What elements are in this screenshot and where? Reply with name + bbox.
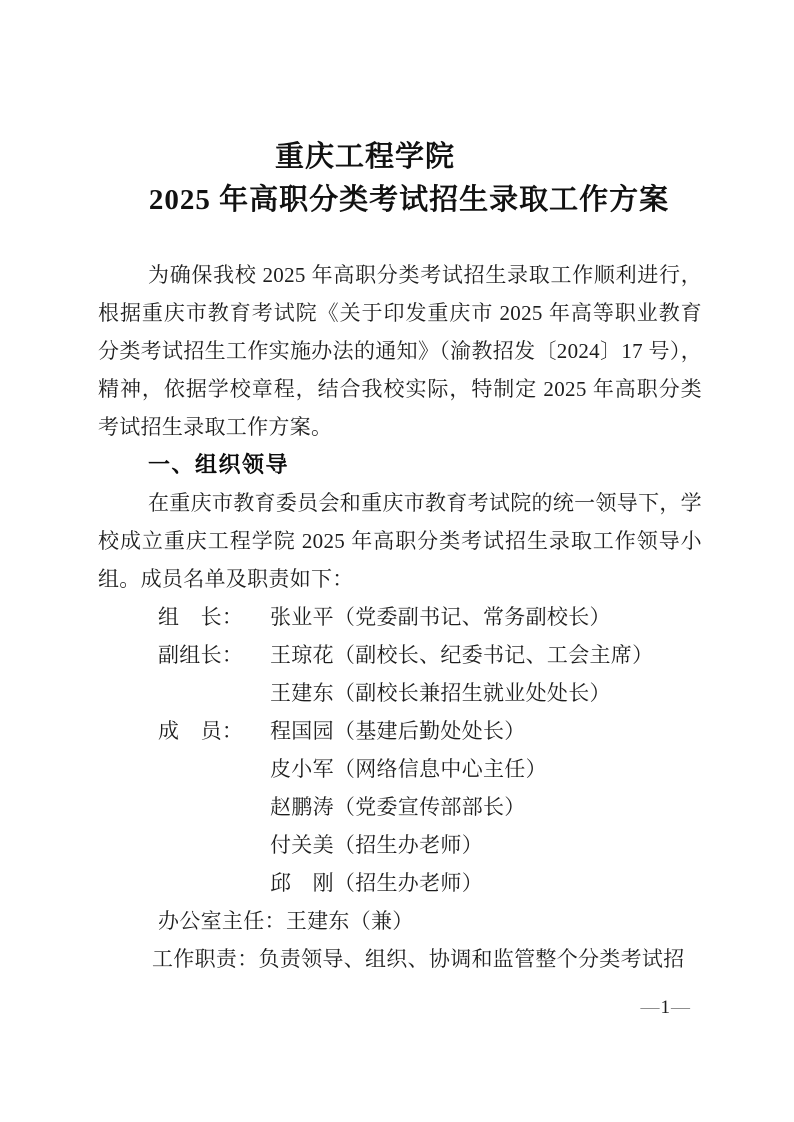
roster-row-deputy-leaders: 副组长： 王琼花（副校长、纪委书记、工会主席） 王建东（副校长兼招生就业处处长） (158, 636, 702, 712)
document-title: 重庆工程学院 2025 年高职分类考试招生录取工作方案 (0, 0, 794, 222)
roster-row-office-director: 办公室主任： 王建东（兼） (158, 902, 702, 940)
document-page: 重庆工程学院 2025 年高职分类考试招生录取工作方案 为确保我校 2025 年… (0, 0, 794, 1122)
roster-member: 王建东（副校长兼招生就业处处长） (270, 674, 702, 712)
roster-role-label: 副组长： (158, 636, 270, 712)
roster-member: 王建东（兼） (286, 902, 702, 940)
roster-member: 赵鹏涛（党委宣传部部长） (270, 788, 702, 826)
page-number-dash-left: — (641, 997, 660, 1018)
roster-members: 王琼花（副校长、纪委书记、工会主席） 王建东（副校长兼招生就业处处长） (270, 636, 702, 712)
roster-role-label: 组 长： (158, 598, 270, 636)
duty-paragraph: 工作职责：负责领导、组织、协调和监管整个分类考试招 (152, 940, 702, 978)
roster-member: 王琼花（副校长、纪委书记、工会主席） (270, 636, 702, 674)
roster-row-group-leader: 组 长： 张业平（党委副书记、常务副校长） (158, 598, 702, 636)
roster-members: 张业平（党委副书记、常务副校长） (270, 598, 702, 636)
roster-role-label: 成 员： (158, 712, 270, 902)
page-number: 1 (660, 997, 672, 1018)
section-heading-organization-leadership: 一、组织领导 (148, 446, 702, 484)
intro-paragraph: 为确保我校 2025 年高职分类考试招生录取工作顺利进行，根据重庆市教育考试院《… (98, 256, 702, 446)
title-line-2: 2025 年高职分类考试招生录取工作方案 (12, 179, 794, 222)
roster-member: 张业平（党委副书记、常务副校长） (270, 598, 702, 636)
roster-members: 程国园（基建后勤处处长） 皮小军（网络信息中心主任） 赵鹏涛（党委宣传部部长） … (270, 712, 702, 902)
roster-members: 王建东（兼） (286, 902, 702, 940)
section-lead-paragraph: 在重庆市教育委员会和重庆市教育考试院的统一领导下，学校成立重庆工程学院 2025… (98, 484, 702, 598)
roster-member: 程国园（基建后勤处处长） (270, 712, 702, 750)
roster-member: 付关美（招生办老师） (270, 826, 702, 864)
roster-role-label: 办公室主任： (158, 902, 286, 940)
roster-member: 邱 刚（招生办老师） (270, 864, 702, 902)
document-body: 为确保我校 2025 年高职分类考试招生录取工作顺利进行，根据重庆市教育考试院《… (98, 256, 702, 978)
title-line-1: 重庆工程学院 (0, 136, 762, 179)
leadership-roster: 组 长： 张业平（党委副书记、常务副校长） 副组长： 王琼花（副校长、纪委书记、… (158, 598, 702, 940)
page-footer: —1— (641, 997, 691, 1019)
roster-member: 皮小军（网络信息中心主任） (270, 750, 702, 788)
page-number-dash-right: — (671, 997, 690, 1018)
roster-row-members: 成 员： 程国园（基建后勤处处长） 皮小军（网络信息中心主任） 赵鹏涛（党委宣传… (158, 712, 702, 902)
